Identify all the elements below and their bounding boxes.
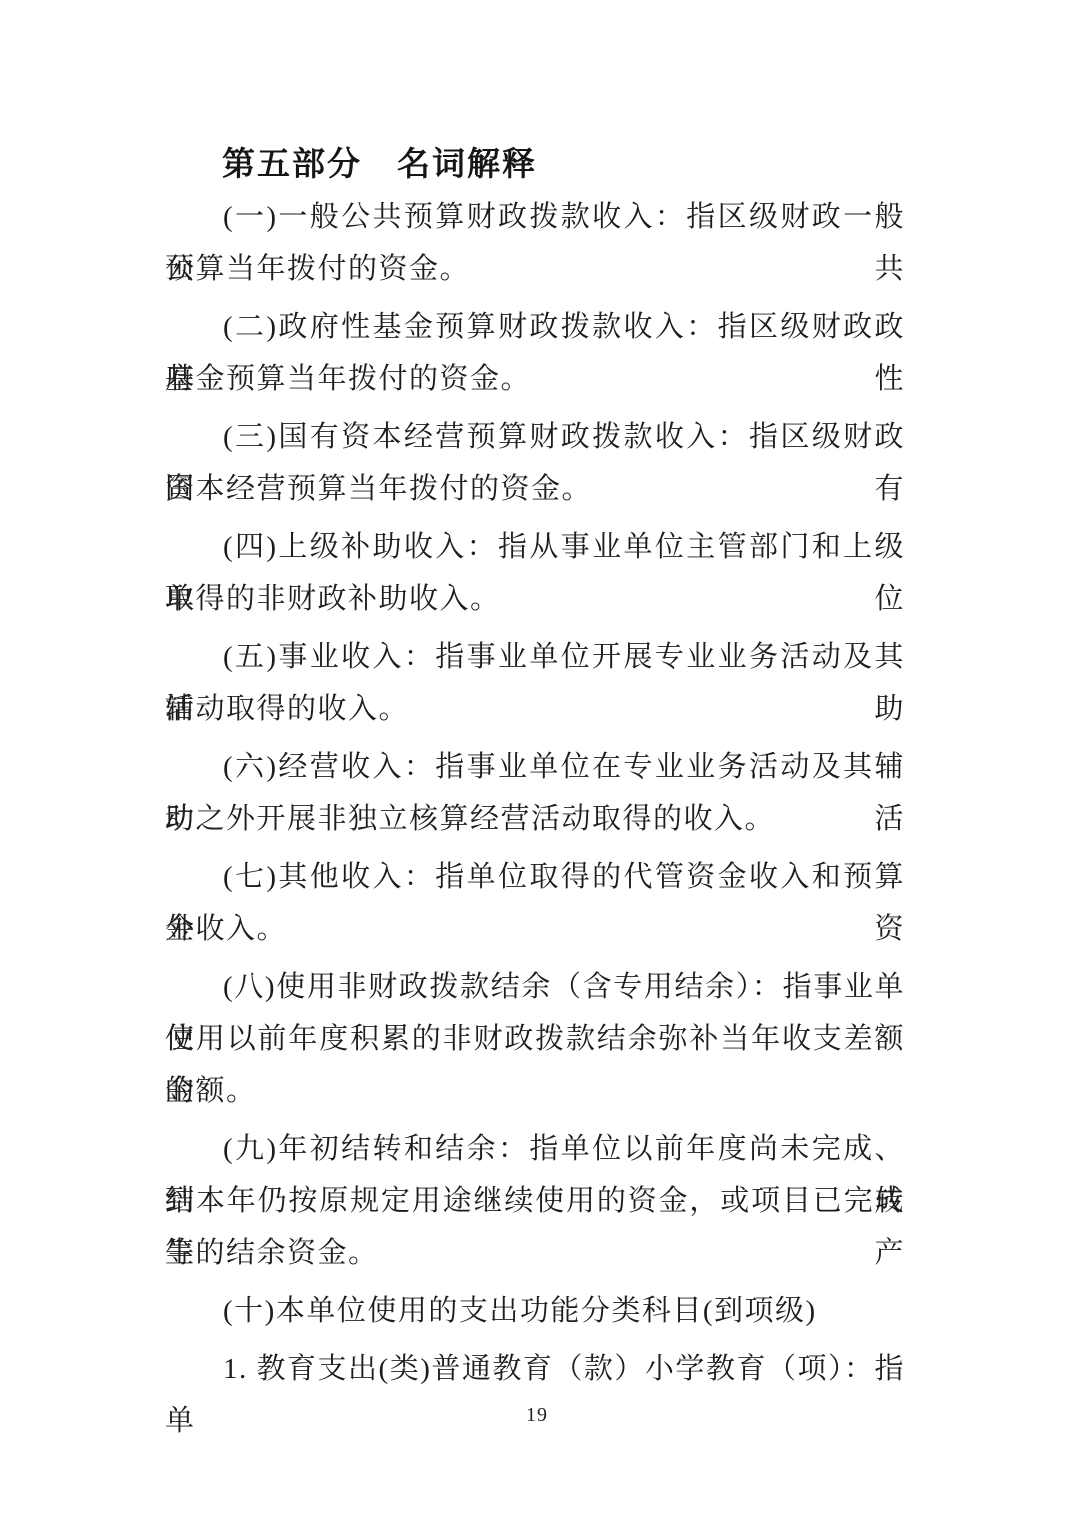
body-line: 使用以前年度积累的非财政拨款结余弥补当年收支差额的 [165, 1013, 905, 1065]
body-line: (七)其他收入：指单位取得的代管资金收入和预算外资 [165, 851, 905, 903]
body-line: (十)本单位使用的支出功能分类科目(到项级) [165, 1285, 905, 1337]
paragraph: (一)一般公共预算财政拨款收入：指区级财政一般公共预算当年拨付的资金。 [165, 191, 905, 295]
paragraph: (三)国有资本经营预算财政拨款收入：指区级财政国有资本经营预算当年拨付的资金。 [165, 411, 905, 515]
paragraph: (八)使用非财政拨款结余（含专用结余）：指事业单位使用以前年度积累的非财政拨款结… [165, 961, 905, 1117]
body-line: (一)一般公共预算财政拨款收入：指区级财政一般公共 [165, 191, 905, 243]
paragraph: (六)经营收入：指事业单位在专业业务活动及其辅助活动之外开展非独立核算经营活动取… [165, 741, 905, 845]
page-number: 19 [0, 1404, 1074, 1427]
paragraph: (五)事业收入：指事业单位开展专业业务活动及其辅助活动取得的收入。 [165, 631, 905, 735]
paragraph: (九)年初结转和结余：指单位以前年度尚未完成、结转到本年仍按原规定用途继续使用的… [165, 1123, 905, 1279]
body-line: 1. 教育支出(类)普通教育（款）小学教育（项）：指单 [165, 1343, 905, 1395]
body-line: (二)政府性基金预算财政拨款收入：指区级财政政府性 [165, 301, 905, 353]
body: (一)一般公共预算财政拨款收入：指区级财政一般公共预算当年拨付的资金。(二)政府… [165, 191, 905, 1401]
document-page: 第五部分 名词解释 (一)一般公共预算财政拨款收入：指区级财政一般公共预算当年拨… [0, 0, 1074, 1520]
body-line: (三)国有资本经营预算财政拨款收入：指区级财政国有 [165, 411, 905, 463]
body-line: (六)经营收入：指事业单位在专业业务活动及其辅助活 [165, 741, 905, 793]
paragraph: (四)上级补助收入：指从事业单位主管部门和上级单位取得的非财政补助收入。 [165, 521, 905, 625]
body-line: 到本年仍按原规定用途继续使用的资金，或项目已完成等产 [165, 1175, 905, 1227]
paragraph: (十)本单位使用的支出功能分类科目(到项级) [165, 1285, 905, 1337]
paragraph: 1. 教育支出(类)普通教育（款）小学教育（项）：指单 [165, 1343, 905, 1395]
paragraph: (七)其他收入：指单位取得的代管资金收入和预算外资金收入。 [165, 851, 905, 955]
section-title: 第五部分 名词解释 [222, 138, 537, 185]
body-line: (五)事业收入：指事业单位开展专业业务活动及其辅助 [165, 631, 905, 683]
paragraph: (二)政府性基金预算财政拨款收入：指区级财政政府性基金预算当年拨付的资金。 [165, 301, 905, 405]
body-line: (八)使用非财政拨款结余（含专用结余）：指事业单位 [165, 961, 905, 1013]
body-line: 金额。 [165, 1065, 905, 1117]
body-line: (四)上级补助收入：指从事业单位主管部门和上级单位 [165, 521, 905, 573]
body-line: (九)年初结转和结余：指单位以前年度尚未完成、结转 [165, 1123, 905, 1175]
